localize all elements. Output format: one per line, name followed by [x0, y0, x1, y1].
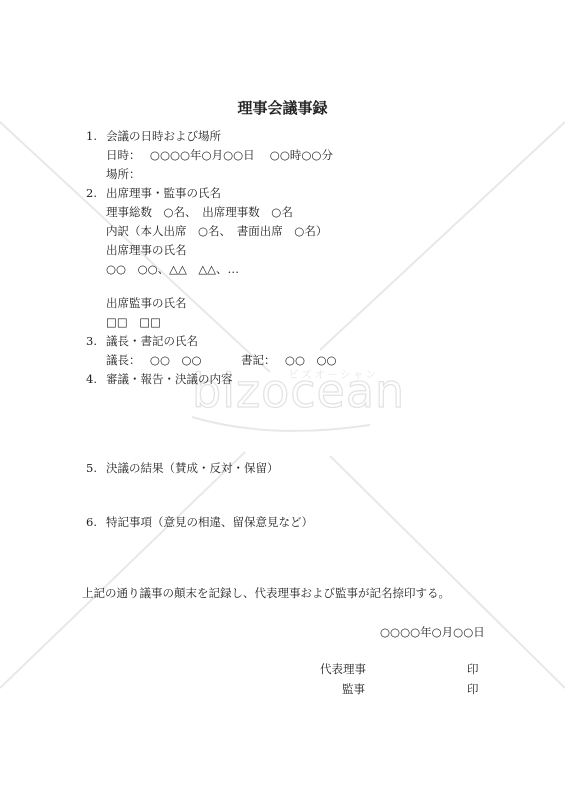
- section-heading: 決議の結果（賛成・反対・保留）: [106, 461, 279, 475]
- seal-mark: 印: [467, 682, 479, 696]
- section-heading: 特記事項（意見の相違、留保意見など）: [106, 515, 313, 529]
- section-number: 2.: [86, 186, 97, 200]
- section-heading: 出席理事・監事の氏名: [106, 186, 221, 200]
- meeting-place: 場所：: [106, 167, 141, 181]
- director-counts: 理事総数 ○名、 出席理事数 ○名: [106, 205, 293, 219]
- section-number: 6.: [86, 515, 97, 529]
- section-heading: 会議の日時および場所: [106, 129, 221, 143]
- attending-directors-names: ○○ ○○、△△ △△、…: [106, 262, 239, 276]
- document-date: ○○○○年○月○○日: [380, 625, 485, 639]
- document-title: 理事会議事録: [0, 97, 565, 118]
- section-number: 4.: [86, 372, 97, 386]
- meeting-datetime: 日時： ○○○○年○月○○日 ○○時○○分: [106, 148, 333, 162]
- chairperson: 議長： ○○ ○○: [106, 353, 202, 367]
- watermark-kana: ビズオーシャン: [288, 366, 379, 382]
- attending-auditors-label: 出席監事の氏名: [106, 296, 187, 310]
- seal-mark: 印: [467, 662, 479, 676]
- attending-auditors-names: □□ □□: [106, 315, 161, 329]
- section-heading: 議長・書記の氏名: [106, 334, 198, 348]
- attendance-breakdown: 内訳（本人出席 ○名、 書面出席 ○名）: [106, 224, 327, 238]
- secretary: 書記： ○○ ○○: [241, 353, 337, 367]
- section-number: 1.: [86, 129, 97, 143]
- attending-directors-label: 出席理事の氏名: [106, 243, 187, 257]
- closing-statement: 上記の通り議事の顛末を記録し、代表理事および監事が記名捺印する。: [82, 586, 450, 600]
- section-number: 3.: [86, 334, 97, 348]
- signature-role-representative: 代表理事: [320, 662, 366, 676]
- document-page: bizocean ビズオーシャン 理事会議事録 1. 会議の日時および場所 日時…: [0, 0, 565, 800]
- section-number: 5.: [86, 461, 97, 475]
- section-heading: 審議・報告・決議の内容: [106, 372, 233, 386]
- signature-role-auditor: 監事: [342, 682, 365, 696]
